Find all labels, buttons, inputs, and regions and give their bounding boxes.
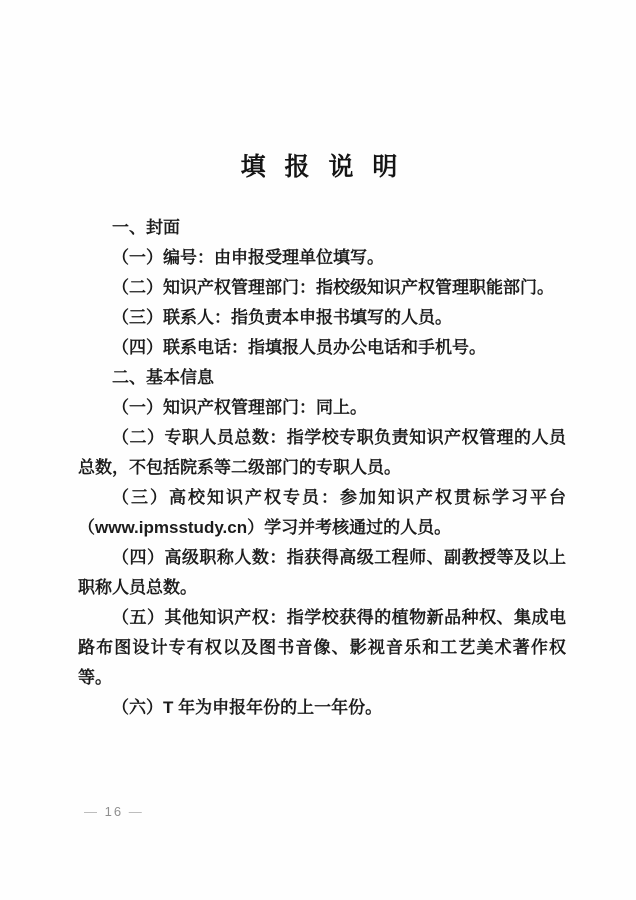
instruction-item-basic-4: （四）高级职称人数：指获得高级工程师、副教授等及以上职称人员总数。 [78, 543, 566, 603]
page-number-dash-left: — [84, 804, 99, 819]
page-number-dash-right: — [129, 804, 144, 819]
page-number: — 16 — [84, 804, 144, 819]
instruction-item-cover-1: （一）编号：由申报受理单位填写。 [78, 243, 566, 273]
instruction-item-basic-3: （三）高校知识产权专员：参加知识产权贯标学习平台（www.ipmsstudy.c… [78, 483, 566, 543]
instruction-item-basic-2: （二）专职人员总数：指学校专职负责知识产权管理的人员总数，不包括院系等二级部门的… [78, 423, 566, 483]
instruction-item-basic-1: （一）知识产权管理部门：同上。 [78, 393, 566, 423]
section-heading-basic-info: 二、基本信息 [78, 363, 566, 393]
page-number-value: 16 [105, 804, 123, 819]
instruction-item-basic-5: （五）其他知识产权：指学校获得的植物新品种权、集成电路布图设计专有权以及图书音像… [78, 603, 566, 693]
instruction-item-basic-6: （六）T 年为申报年份的上一年份。 [78, 693, 566, 723]
section-heading-cover: 一、封面 [78, 213, 566, 243]
instruction-item-cover-2: （二）知识产权管理部门：指校级知识产权管理职能部门。 [78, 273, 566, 303]
instruction-item-cover-3: （三）联系人：指负责本申报书填写的人员。 [78, 303, 566, 333]
page-title: 填 报 说 明 [78, 150, 566, 184]
instruction-item-cover-4: （四）联系电话：指填报人员办公电话和手机号。 [78, 333, 566, 363]
document-page: 填 报 说 明 一、封面 （一）编号：由申报受理单位填写。 （二）知识产权管理部… [0, 0, 636, 900]
document-body: 一、封面 （一）编号：由申报受理单位填写。 （二）知识产权管理部门：指校级知识产… [78, 213, 566, 723]
